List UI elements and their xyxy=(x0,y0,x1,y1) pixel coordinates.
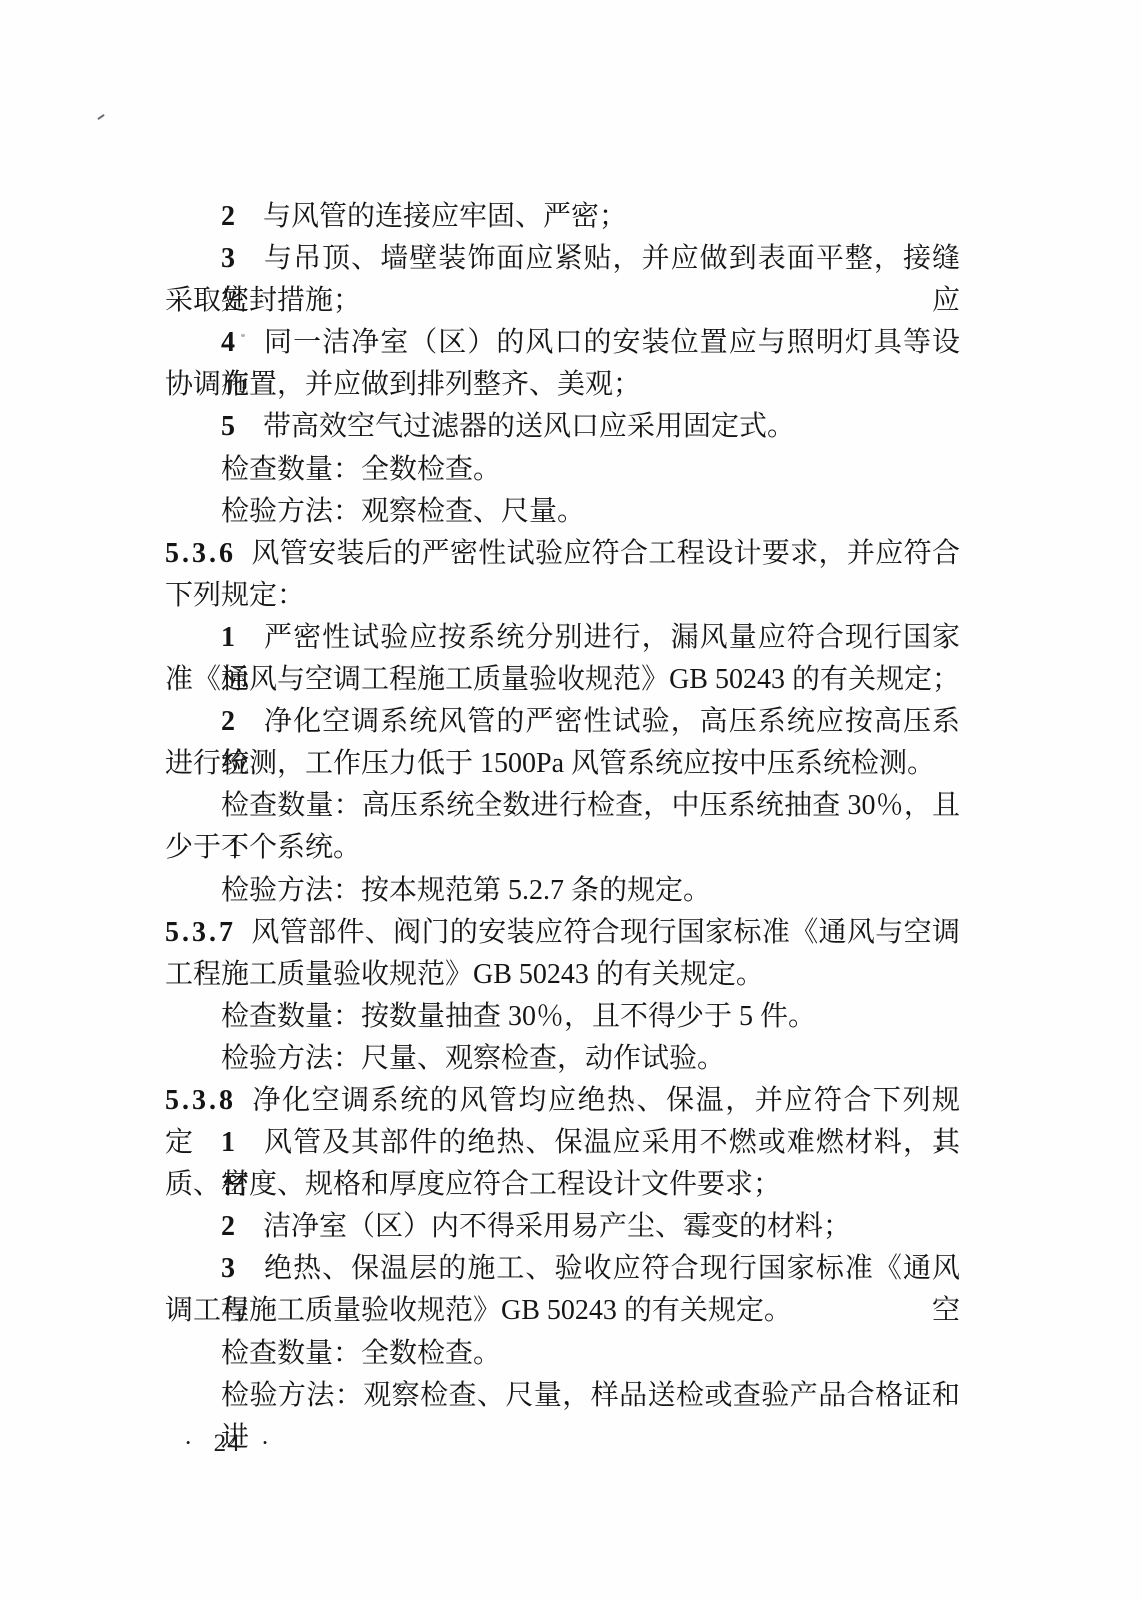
text-line: 检查数量：全数检查。 xyxy=(165,449,960,491)
text-line: 进行检测，工作压力低于 1500Pa 风管系统应按中压系统检测。 xyxy=(165,743,960,785)
item-number: 5 xyxy=(221,411,235,442)
line-text: 检查数量：按数量抽查 30％，且不得少于 5 件。 xyxy=(221,1001,816,1032)
text-line: 检查数量：全数检查。 xyxy=(165,1333,960,1375)
item-number: 2 xyxy=(221,1211,235,1242)
text-line: 3绝热、保温层的施工、验收应符合现行国家标准《通风与空 xyxy=(165,1248,960,1290)
line-text: 采取密封措施； xyxy=(165,285,361,316)
text-line: 2净化空调系统风管的严密性试验，高压系统应按高压系统 xyxy=(165,701,960,743)
text-line: 2与风管的连接应牢固、严密； xyxy=(165,196,960,238)
line-text: 少于 1 个系统。 xyxy=(165,832,361,863)
text-line: 4同一洁净室（区）的风口的安装位置应与照明灯具等设施 xyxy=(165,322,960,364)
item-number: 3 xyxy=(221,243,235,274)
line-text: 调工程施工质量验收规范》GB 50243 的有关规定。 xyxy=(165,1295,792,1326)
line-text: 洁净室（区）内不得采用易产尘、霉变的材料； xyxy=(263,1211,851,1242)
text-line: 检验方法：观察检查、尺量。 xyxy=(165,491,960,533)
line-text: 检查数量：全数检查。 xyxy=(221,1338,501,1369)
line-text: 工程施工质量验收规范》GB 50243 的有关规定。 xyxy=(165,959,764,990)
text-line: 下列规定： xyxy=(165,575,960,617)
page-number: · 24 · xyxy=(184,1430,270,1458)
item-number: 1 xyxy=(221,1127,235,1158)
text-line: 5带高效空气过滤器的送风口应采用固定式。 xyxy=(165,406,960,448)
clause-number: 5.3.7 xyxy=(165,917,236,948)
line-text: 检验方法：观察检查、尺量。 xyxy=(221,496,585,527)
text-line: 1严密性试验应按系统分别进行，漏风量应符合现行国家标 xyxy=(165,617,960,659)
scan-speck xyxy=(97,114,105,120)
clause-number: 5.3.8 xyxy=(165,1085,236,1116)
text-line: 工程施工质量验收规范》GB 50243 的有关规定。 xyxy=(165,954,960,996)
line-text: 进行检测，工作压力低于 1500Pa 风管系统应按中压系统检测。 xyxy=(165,748,935,779)
text-line: 少于 1 个系统。 xyxy=(165,827,960,869)
line-text: 风管部件、阀门的安装应符合现行国家标准《通风与空调 xyxy=(251,917,960,948)
clause-number: 5.3.6 xyxy=(165,538,236,569)
text-line: 质、密度、规格和厚度应符合工程设计文件要求； xyxy=(165,1164,960,1206)
item-number: 2 xyxy=(221,706,235,737)
text-line: 1风管及其部件的绝热、保温应采用不燃或难燃材料，其材 xyxy=(165,1122,960,1164)
document-text-block: 2与风管的连接应牢固、严密；3与吊顶、墙壁装饰面应紧贴，并应做到表面平整，接缝处… xyxy=(165,196,960,1417)
text-line: 检验方法：观察检查、尺量，样品送检或查验产品合格证和进 xyxy=(165,1375,960,1417)
line-text: 带高效空气过滤器的送风口应采用固定式。 xyxy=(263,411,795,442)
text-line: 5.3.8净化空调系统的风管均应绝热、保温，并应符合下列规定： xyxy=(165,1080,960,1122)
item-number: 1 xyxy=(221,622,235,653)
line-text: 质、密度、规格和厚度应符合工程设计文件要求； xyxy=(165,1169,781,1200)
item-number: 4 xyxy=(221,327,235,358)
text-line: 检查数量：按数量抽查 30％，且不得少于 5 件。 xyxy=(165,996,960,1038)
text-line: 检查数量：高压系统全数进行检查，中压系统抽查 30％，且不 xyxy=(165,785,960,827)
text-line: 3与吊顶、墙壁装饰面应紧贴，并应做到表面平整，接缝处应 xyxy=(165,238,960,280)
text-line: 2洁净室（区）内不得采用易产尘、霉变的材料； xyxy=(165,1206,960,1248)
line-text: 检验方法：尺量、观察检查，动作试验。 xyxy=(221,1043,725,1074)
item-number: 2 xyxy=(221,201,235,232)
text-line: 检验方法：按本规范第 5.2.7 条的规定。 xyxy=(165,870,960,912)
line-text: 检验方法：观察检查、尺量，样品送检或查验产品合格证和进 xyxy=(221,1380,960,1453)
document-page: 2与风管的连接应牢固、严密；3与吊顶、墙壁装饰面应紧贴，并应做到表面平整，接缝处… xyxy=(0,0,1142,1600)
line-text: 检验方法：按本规范第 5.2.7 条的规定。 xyxy=(221,875,711,906)
text-line: 准《通风与空调工程施工质量验收规范》GB 50243 的有关规定； xyxy=(165,659,960,701)
item-number: 3 xyxy=(221,1253,235,1284)
text-line: 检验方法：尺量、观察检查，动作试验。 xyxy=(165,1038,960,1080)
text-line: 协调布置，并应做到排列整齐、美观； xyxy=(165,364,960,406)
line-text: 协调布置，并应做到排列整齐、美观； xyxy=(165,369,641,400)
text-line: 5.3.7风管部件、阀门的安装应符合现行国家标准《通风与空调 xyxy=(165,912,960,954)
line-text: 风管安装后的严密性试验应符合工程设计要求，并应符合 xyxy=(251,538,960,569)
line-text: 准《通风与空调工程施工质量验收规范》GB 50243 的有关规定； xyxy=(165,664,960,695)
line-text: 与风管的连接应牢固、严密； xyxy=(263,201,627,232)
line-text: 下列规定： xyxy=(165,580,305,611)
text-line: 5.3.6风管安装后的严密性试验应符合工程设计要求，并应符合 xyxy=(165,533,960,575)
line-text: 检查数量：全数检查。 xyxy=(221,454,501,485)
